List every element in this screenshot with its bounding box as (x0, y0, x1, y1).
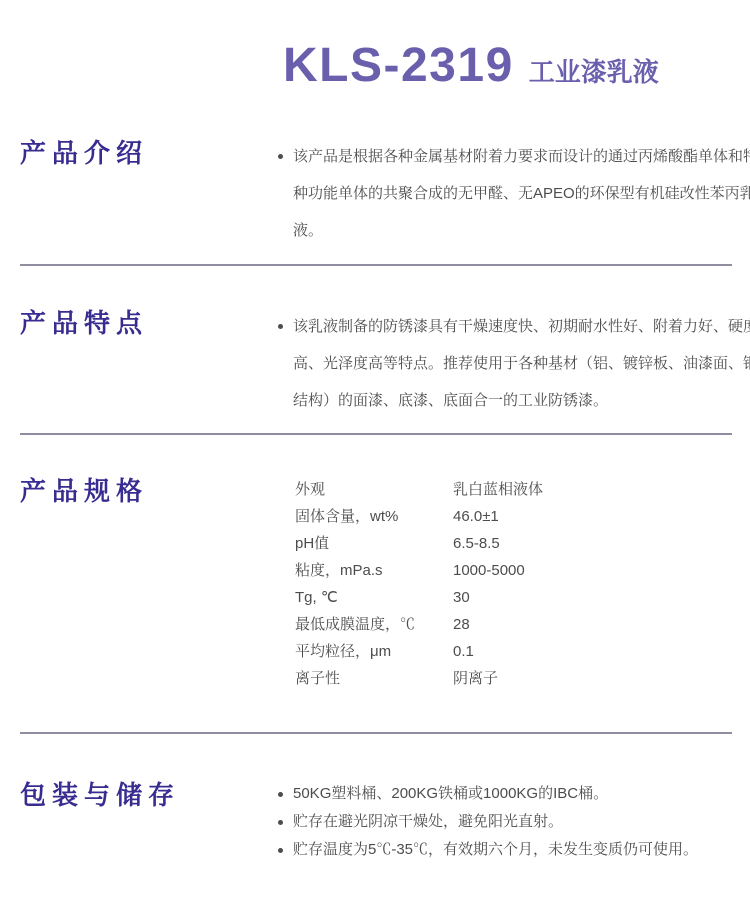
spec-row: 离子性 阴离子 (295, 665, 750, 692)
section-packaging-heading: 包装与储存 (20, 780, 180, 810)
features-bullet-list: 该乳液制备的防锈漆具有干燥速度快、初期耐水性好、附着力好、硬度高、光泽度高等特点… (277, 308, 732, 419)
spec-label: 外观 (295, 476, 453, 503)
bullet-text: 50KG塑料桶、200KG铁桶或1000KG的IBC桶。 (293, 785, 608, 802)
spec-table: 外观 乳白蓝相液体 固体含量，wt% 46.0±1 pH值 6.5-8.5 粘度… (295, 476, 750, 692)
bullet-text: 贮存温度为5℃-35℃，有效期六个月，未发生变质仍可使用。 (293, 841, 698, 858)
section-divider (20, 433, 732, 435)
spec-label: pH值 (295, 530, 453, 557)
spec-row: 外观 乳白蓝相液体 (295, 476, 750, 503)
bullet-dot-icon (278, 324, 283, 329)
doc-header: KLS-2319 工业漆乳液 (283, 42, 659, 90)
spec-value: 6.5-8.5 (453, 530, 750, 557)
spec-label: 离子性 (295, 665, 453, 692)
bullet-dot-icon (278, 792, 283, 797)
spec-label: Tg, ℃ (295, 584, 453, 611)
spec-value: 乳白蓝相液体 (453, 476, 750, 503)
bullet-item: 该乳液制备的防锈漆具有干燥速度快、初期耐水性好、附着力好、硬度高、光泽度高等特点… (277, 308, 750, 419)
section-specs-heading: 产品规格 (20, 476, 148, 506)
section-intro-content: 该产品是根据各种金属基材附着力要求而设计的通过丙烯酸酯单体和特种功能单体的共聚合… (277, 138, 732, 249)
section-divider (20, 732, 732, 734)
section-specs: 产品规格 外观 乳白蓝相液体 固体含量，wt% 46.0±1 pH值 6.5-8… (0, 476, 750, 692)
spec-value: 0.1 (453, 638, 750, 665)
product-type-subtitle: 工业漆乳液 (529, 59, 659, 85)
section-divider (20, 264, 732, 266)
spec-row: 固体含量，wt% 46.0±1 (295, 503, 750, 530)
section-intro: 产品介绍 该产品是根据各种金属基材附着力要求而设计的通过丙烯酸酯单体和特种功能单… (0, 138, 750, 249)
spec-row: Tg, ℃ 30 (295, 584, 750, 611)
bullet-dot-icon (278, 154, 283, 159)
bullet-item: 该产品是根据各种金属基材附着力要求而设计的通过丙烯酸酯单体和特种功能单体的共聚合… (277, 138, 750, 249)
section-features: 产品特点 该乳液制备的防锈漆具有干燥速度快、初期耐水性好、附着力好、硬度高、光泽… (0, 308, 750, 419)
bullet-item: 贮存温度为5℃-35℃，有效期六个月，未发生变质仍可使用。 (277, 836, 732, 864)
datasheet-page: KLS-2319 工业漆乳液 产品介绍 该产品是根据各种金属基材附着力要求而设计… (0, 0, 750, 907)
section-features-heading: 产品特点 (20, 308, 148, 338)
spec-value: 46.0±1 (453, 503, 750, 530)
bullet-item: 50KG塑料桶、200KG铁桶或1000KG的IBC桶。 (277, 780, 732, 808)
section-intro-heading: 产品介绍 (20, 138, 148, 168)
spec-row: 平均粒径，μm 0.1 (295, 638, 750, 665)
spec-value: 阴离子 (453, 665, 750, 692)
section-packaging-content: 50KG塑料桶、200KG铁桶或1000KG的IBC桶。 贮存在避光阴凉干燥处，… (277, 780, 732, 864)
bullet-dot-icon (278, 848, 283, 853)
spec-value: 28 (453, 611, 750, 638)
bullet-text: 该乳液制备的防锈漆具有干燥速度快、初期耐水性好、附着力好、硬度高、光泽度高等特点… (293, 318, 750, 409)
spec-row: pH值 6.5-8.5 (295, 530, 750, 557)
bullet-text: 该产品是根据各种金属基材附着力要求而设计的通过丙烯酸酯单体和特种功能单体的共聚合… (293, 148, 750, 239)
bullet-item: 贮存在避光阴凉干燥处，避免阳光直射。 (277, 808, 732, 836)
spec-row: 粘度，mPa.s 1000-5000 (295, 557, 750, 584)
section-packaging: 包装与储存 50KG塑料桶、200KG铁桶或1000KG的IBC桶。 贮存在避光… (0, 780, 750, 864)
packaging-bullet-list: 50KG塑料桶、200KG铁桶或1000KG的IBC桶。 贮存在避光阴凉干燥处，… (277, 780, 732, 864)
section-features-content: 该乳液制备的防锈漆具有干燥速度快、初期耐水性好、附着力好、硬度高、光泽度高等特点… (277, 308, 732, 419)
spec-value: 30 (453, 584, 750, 611)
spec-label: 平均粒径，μm (295, 638, 453, 665)
bullet-dot-icon (278, 820, 283, 825)
spec-label: 粘度，mPa.s (295, 557, 453, 584)
bullet-text: 贮存在避光阴凉干燥处，避免阳光直射。 (293, 813, 563, 830)
spec-label: 固体含量，wt% (295, 503, 453, 530)
product-code-title: KLS-2319 (283, 42, 514, 90)
spec-label: 最低成膜温度，℃ (295, 611, 453, 638)
spec-row: 最低成膜温度，℃ 28 (295, 611, 750, 638)
spec-value: 1000-5000 (453, 557, 750, 584)
intro-bullet-list: 该产品是根据各种金属基材附着力要求而设计的通过丙烯酸酯单体和特种功能单体的共聚合… (277, 138, 732, 249)
